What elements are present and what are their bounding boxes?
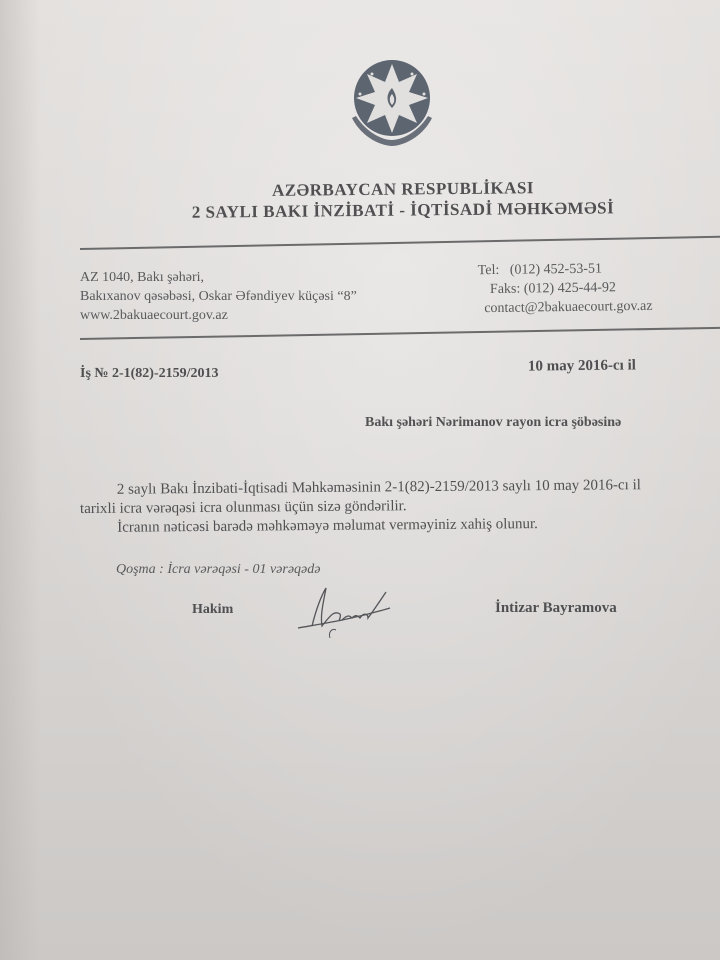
page-shadow (0, 0, 40, 960)
court-contact: Tel: (012) 452-53-51 Faks: (012) 425-44-… (478, 259, 653, 318)
website-link[interactable]: www.2bakuaecourt.gov.az (80, 306, 357, 325)
letter-date: 10 may 2016-cı il (528, 357, 636, 375)
letter-page: AZƏRBAYCAN RESPUBLİKASI 2 SAYLI BAKI İNZ… (0, 0, 720, 960)
contact-divider (80, 327, 720, 340)
header-divider (80, 236, 720, 250)
state-emblem-icon (342, 52, 442, 152)
judge-name: İntizar Bayramova (495, 600, 617, 617)
email-link[interactable]: contact@2bakuaecourt.gov.az (478, 297, 652, 318)
address-line-1: AZ 1040, Bakı şəhəri, (80, 268, 357, 287)
signature-icon (290, 580, 400, 640)
attachment-note: Qoşma : İcra vərəqəsi - 01 vərəqədə (116, 562, 320, 578)
court-address: AZ 1040, Bakı şəhəri, Bakıxanov qəsəbəsi… (80, 268, 357, 325)
fax-number: Faks: (012) 425-44-92 (478, 278, 652, 299)
phone-number: Tel: (012) 452-53-51 (478, 259, 652, 280)
judge-title: Hakim (192, 602, 233, 618)
case-number: İş № 2-1(82)-2159/2013 (80, 366, 219, 382)
letter-body: 2 saylı Bakı İnzibati-İqtisadi Məhkəməsi… (80, 475, 720, 538)
recipient: Bakı şəhəri Nərimanov rayon icra şöbəsin… (365, 415, 621, 431)
address-line-2: Bakıxanov qəsəbəsi, Oskar Əfəndiyev küçə… (80, 287, 357, 306)
